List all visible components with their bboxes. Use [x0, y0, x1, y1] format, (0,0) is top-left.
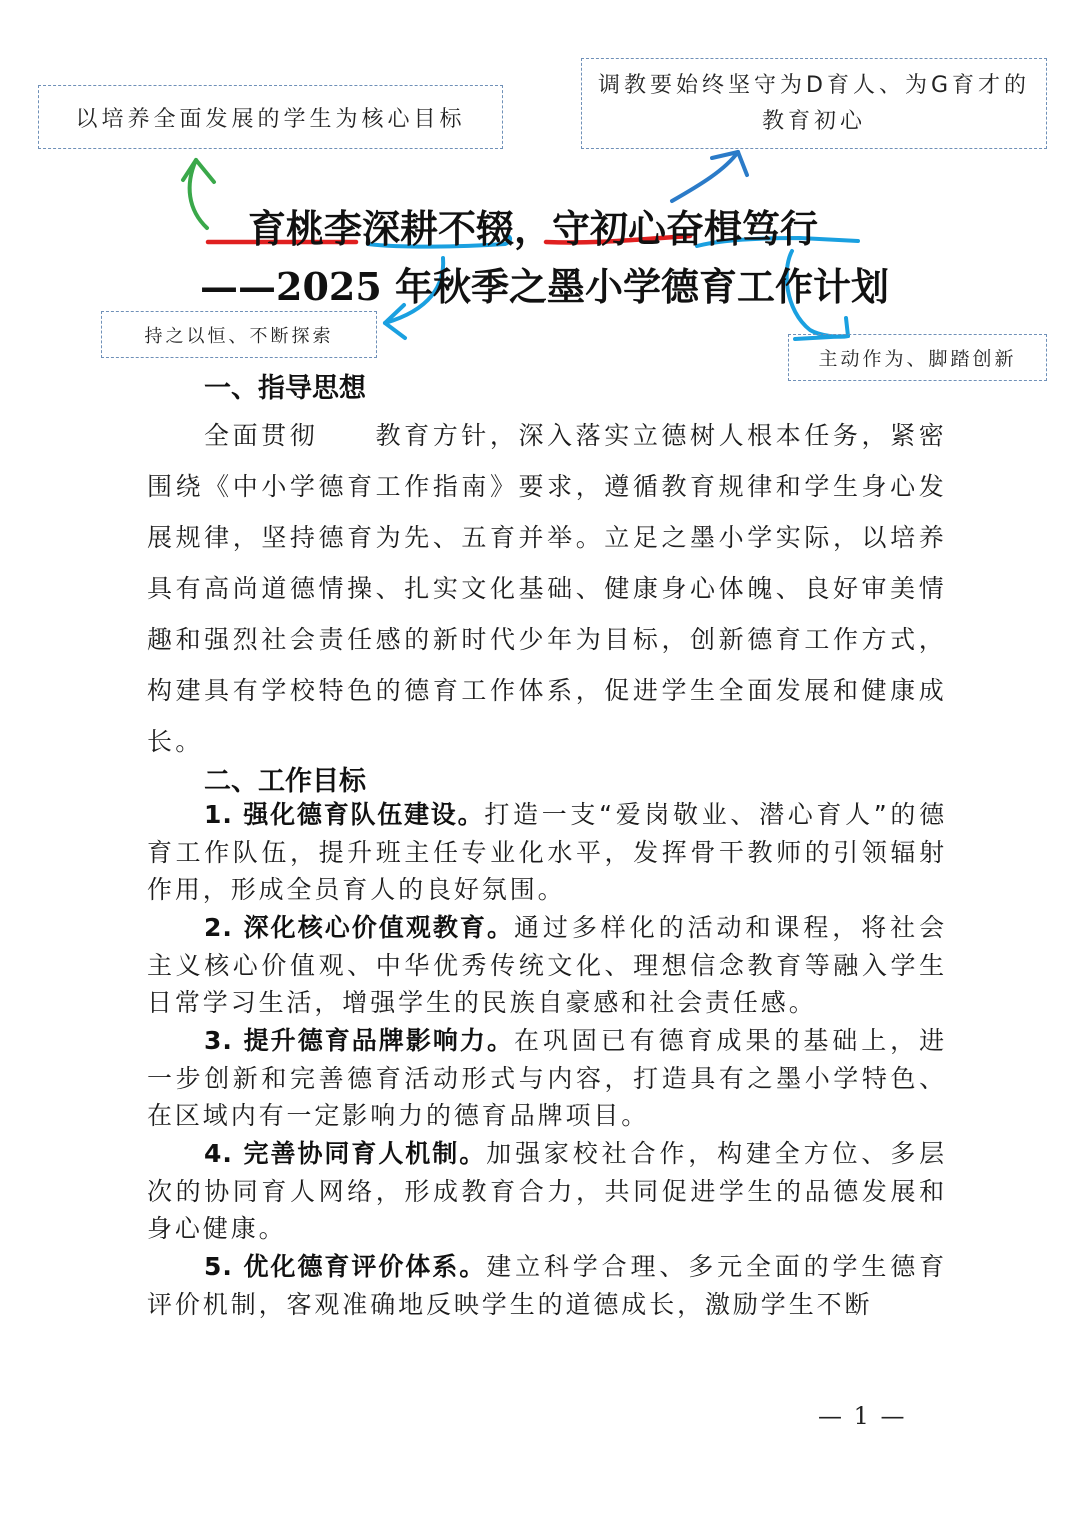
goal-label: 3. 提升德育品牌影响力。: [204, 1026, 514, 1055]
goal-item: 2. 深化核心价值观教育。通过多样化的活动和课程，将社会主义核心价值观、中华优秀…: [147, 909, 947, 1022]
goal-label: 1. 强化德育队伍建设。: [204, 800, 484, 829]
goal-item: 1. 强化德育队伍建设。打造一支“爱岗敬业、潜心育人”的德育工作队伍，提升班主任…: [147, 796, 947, 909]
document-subtitle: ——2025 年秋季之墨小学德育工作计划: [200, 256, 889, 311]
goal-item: 3. 提升德育品牌影响力。在巩固已有德育成果的基础上，进一步创新和完善德育活动形…: [147, 1022, 947, 1135]
page-number: — 1 —: [818, 1402, 907, 1430]
green-arrow-icon: [183, 160, 214, 228]
document-title: 育桃李深耕不辍，守初心奋楫笃行: [248, 198, 818, 253]
section-body-guiding-thought: 全面贯彻 教育方针，深入落实立德树人根本任务，紧密围绕《中小学德育工作指南》要求…: [147, 410, 947, 767]
goal-label: 4. 完善协同育人机制。: [204, 1139, 486, 1168]
annotation-note-core-goal: 以培养全面发展的学生为核心目标: [38, 85, 503, 149]
goal-label: 2. 深化核心价值观教育。: [204, 913, 514, 942]
section-heading-work-goals: 二、工作目标: [204, 759, 366, 798]
annotation-note-perseverance: 持之以恒、不断探索: [101, 311, 377, 358]
goal-label: 5. 优化德育评价体系。: [204, 1252, 486, 1281]
goal-item: 5. 优化德育评价体系。建立科学合理、多元全面的学生德育评价机制，客观准确地反映…: [147, 1248, 947, 1323]
section-heading-guiding-thought: 一、指导思想: [204, 366, 366, 405]
blue-arrow-icon: [672, 152, 747, 201]
annotation-note-original-aspiration: 调教要始终坚守为D育人、为G育才的教育初心: [581, 58, 1047, 149]
goal-item: 4. 完善协同育人机制。加强家校社合作，构建全方位、多层次的协同育人网络，形成教…: [147, 1135, 947, 1248]
annotation-note-innovation: 主动作为、脚踏创新: [788, 334, 1047, 381]
